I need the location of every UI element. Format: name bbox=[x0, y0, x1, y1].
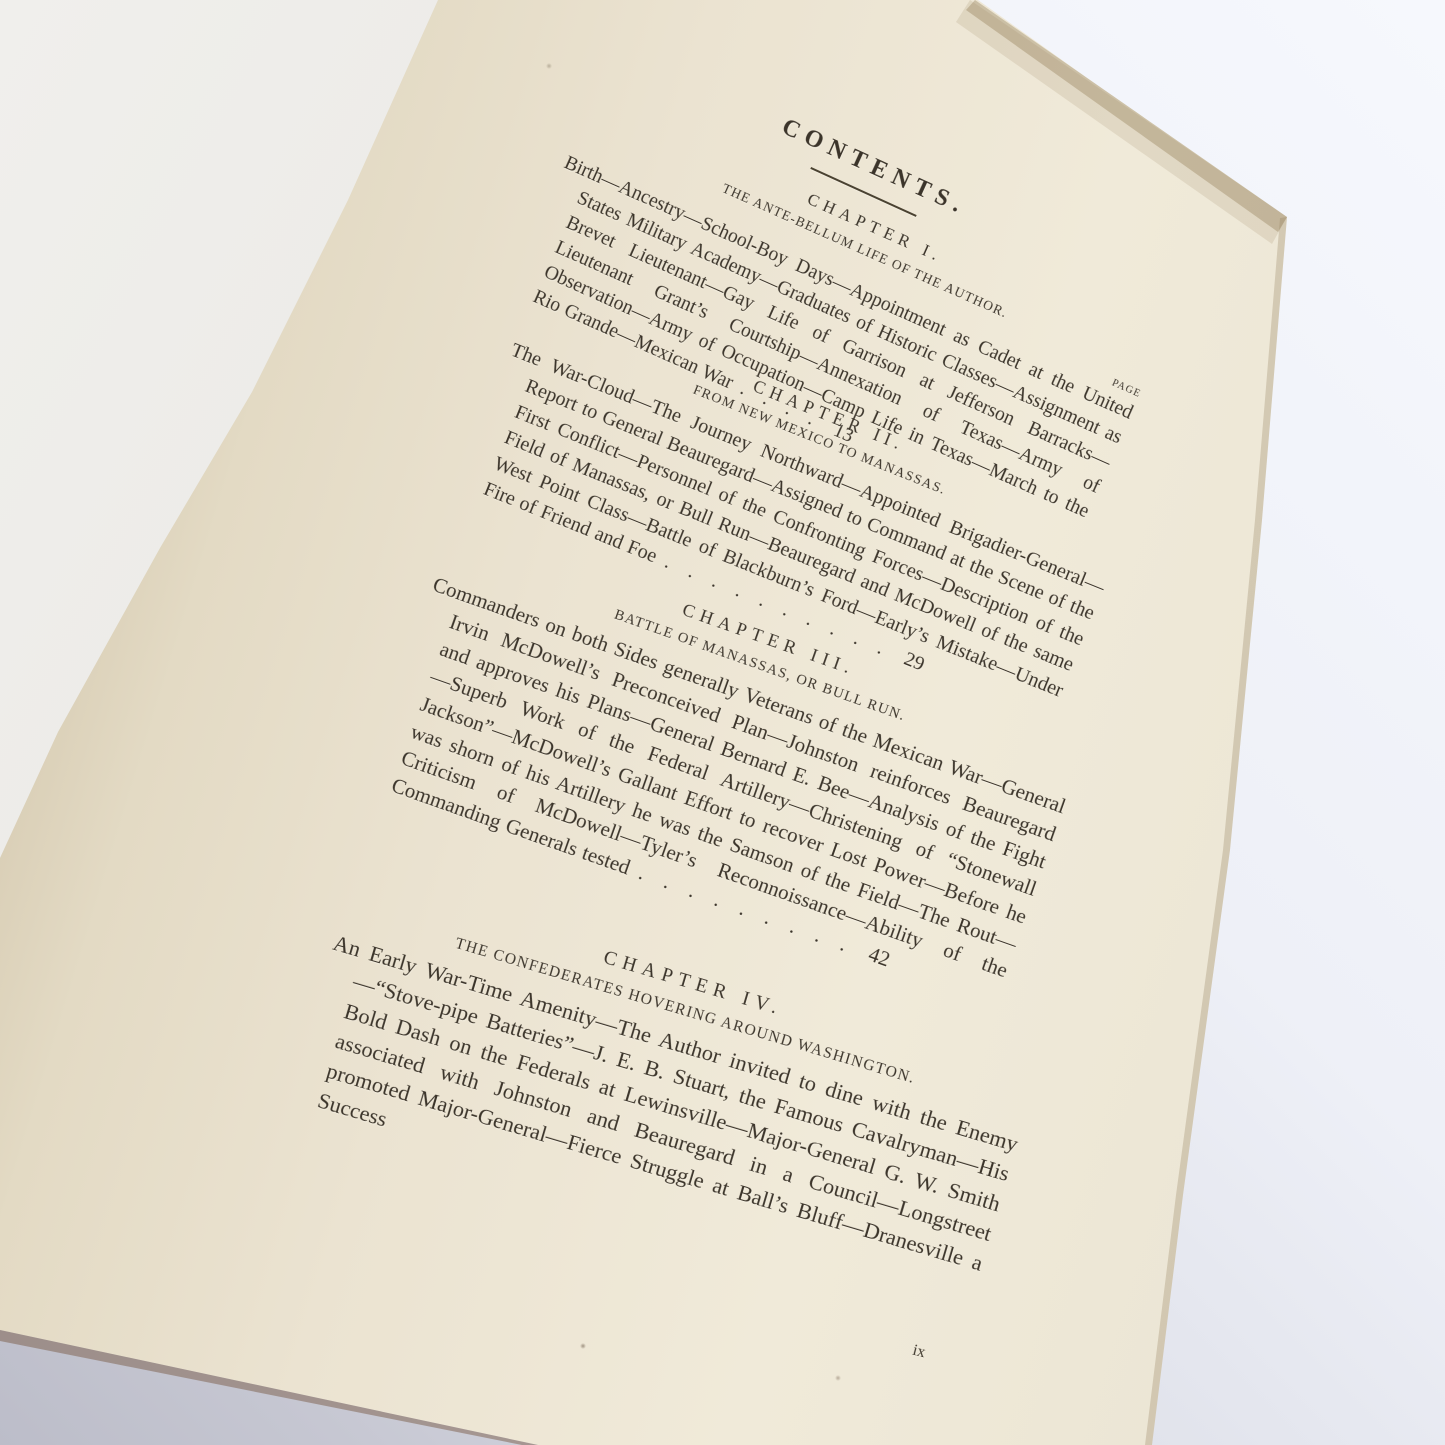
book-photo: CONTENTS. CHAPTER I. THE ANTE-BELLUM LIF… bbox=[0, 0, 1445, 1445]
chapter-page-number: 42 bbox=[849, 938, 893, 972]
